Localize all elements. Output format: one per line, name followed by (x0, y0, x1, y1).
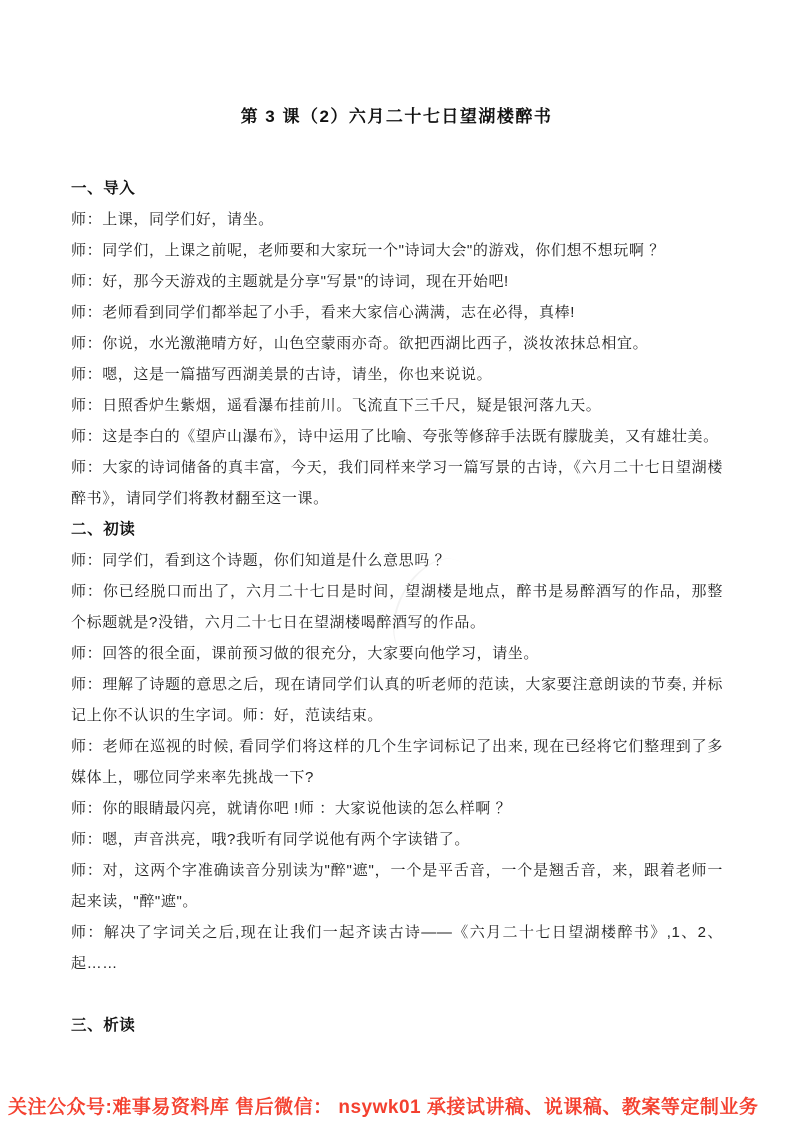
section-heading-analyze: 三、析读 (71, 1010, 723, 1041)
paragraph: 师：日照香炉生紫烟，遥看瀑布挂前川。飞流直下三千尺，疑是银河落九天。 (71, 390, 723, 421)
paragraph: 师：你已经脱口而出了，六月二十七日是时间，望湖楼是地点，醉书是易醉酒写的作品，那… (71, 576, 723, 638)
paragraph: 师：你的眼睛最闪亮，就请你吧 !师 ：大家说他读的怎么样啊 ？ (71, 793, 723, 824)
paragraph: 师：同学们，上课之前呢，老师要和大家玩一个"诗词大会"的游戏，你们想不想玩啊 ？ (71, 235, 723, 266)
paragraph: 师：老师看到同学们都举起了小手，看来大家信心满满，志在必得，真棒! (71, 297, 723, 328)
paragraph: 师：解决了字词关之后,现在让我们一起齐读古诗——《六月二十七日望湖楼醉书》,1、… (71, 917, 723, 979)
paragraph: 师：你说，水光激滟晴方好，山色空蒙雨亦奇。欲把西湖比西子，淡妆浓抹总相宜。 (71, 328, 723, 359)
paragraph: 师：回答的很全面，课前预习做的很充分，大家要向他学习，请坐。 (71, 638, 723, 669)
footer-promo: 关注公众号:难事易资料库 售后微信： nsywk01 承接试讲稿、说课稿、教案等… (8, 1092, 787, 1119)
doc-body: 一、导入 师：上课，同学们好，请坐。 师：同学们，上课之前呢，老师要和大家玩一个… (71, 173, 723, 1041)
paragraph: 师：对，这两个字准确读音分别读为"醉"遮"，一个是平舌音，一个是翘舌音，来，跟着… (71, 855, 723, 917)
section-heading-intro: 一、导入 (71, 173, 723, 204)
paragraph: 师：嗯，这是一篇描写西湖美景的古诗，请坐，你也来说说。 (71, 359, 723, 390)
paragraph: 师：理解了诗题的意思之后，现在请同学们认真的听老师的范读，大家要注意朗读的节奏,… (71, 669, 723, 731)
section-heading-first-read: 二、初读 (71, 514, 723, 545)
doc-title: 第 3 课（2）六月二十七日望湖楼醉书 (0, 0, 793, 127)
paragraph: 师：大家的诗词储备的真丰富，今天，我们同样来学习一篇写景的古诗，《六月二十七日望… (71, 452, 723, 514)
paragraph: 师：嗯，声音洪亮，哦?我听有同学说他有两个字读错了。 (71, 824, 723, 855)
paragraph: 师：好，那今天游戏的主题就是分享"写景"的诗词，现在开始吧! (71, 266, 723, 297)
paragraph: 师：这是李白的《望庐山瀑布》，诗中运用了比喻、夸张等修辞手法既有朦胧美，又有雄壮… (71, 421, 723, 452)
paragraph: 师：同学们，看到这个诗题，你们知道是什么意思吗 ？ (71, 545, 723, 576)
paragraph: 师：上课，同学们好，请坐。 (71, 204, 723, 235)
document-page: 第 3 课（2）六月二十七日望湖楼醉书 一、导入 师：上课，同学们好，请坐。 师… (0, 0, 793, 1122)
paragraph: 师：老师在巡视的时候, 看同学们将这样的几个生字词标记了出来, 现在已经将它们整… (71, 731, 723, 793)
